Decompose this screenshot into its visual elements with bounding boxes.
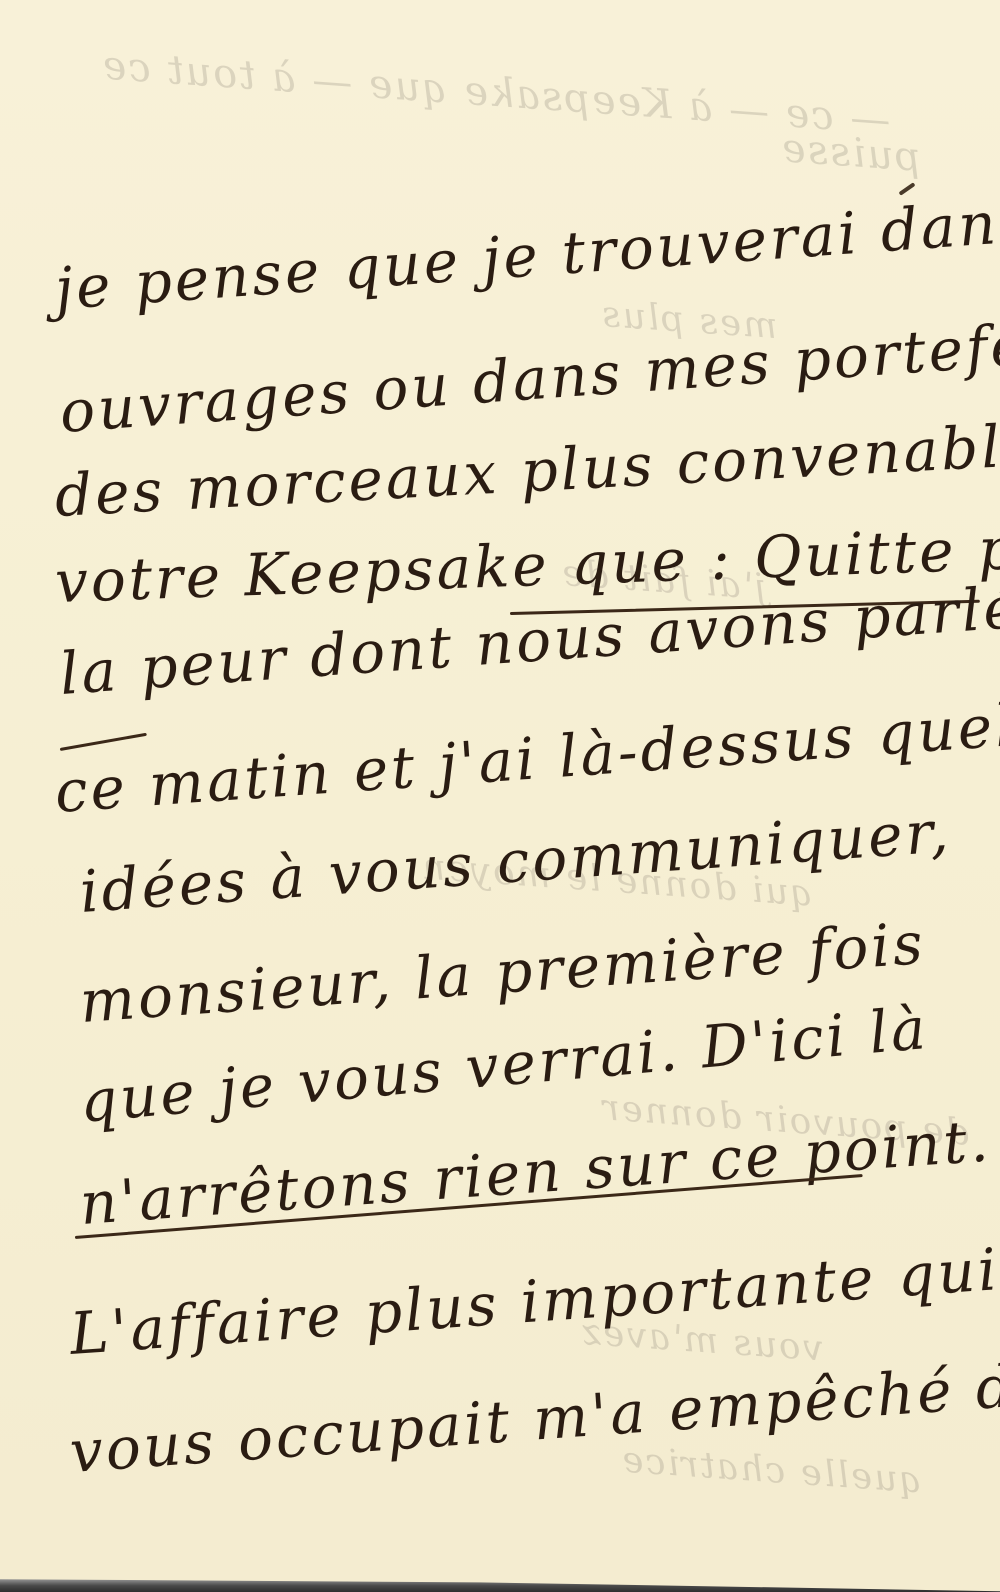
bleed-through-text: — ce — à Keepsake que — à tout ce [99, 42, 892, 143]
page-bottom-edge [0, 1576, 1000, 1592]
letter-line: idées à vous communiquer, [78, 797, 954, 926]
bleed-through-text: puisse [779, 125, 923, 181]
letter-page: — ce — à Keepsake que — à tout ce puisse… [0, 0, 1000, 1592]
letter-line: n'arrêtons rien sur ce point. [78, 1106, 994, 1238]
letter-line: je pense que je trouverai dans mes [53, 176, 1000, 323]
ink-mark [898, 182, 915, 196]
letter-line: L'affaire plus importante qui [68, 1235, 1000, 1368]
bleed-through-text: quelle chatrice [619, 1439, 924, 1501]
underline [60, 733, 147, 751]
